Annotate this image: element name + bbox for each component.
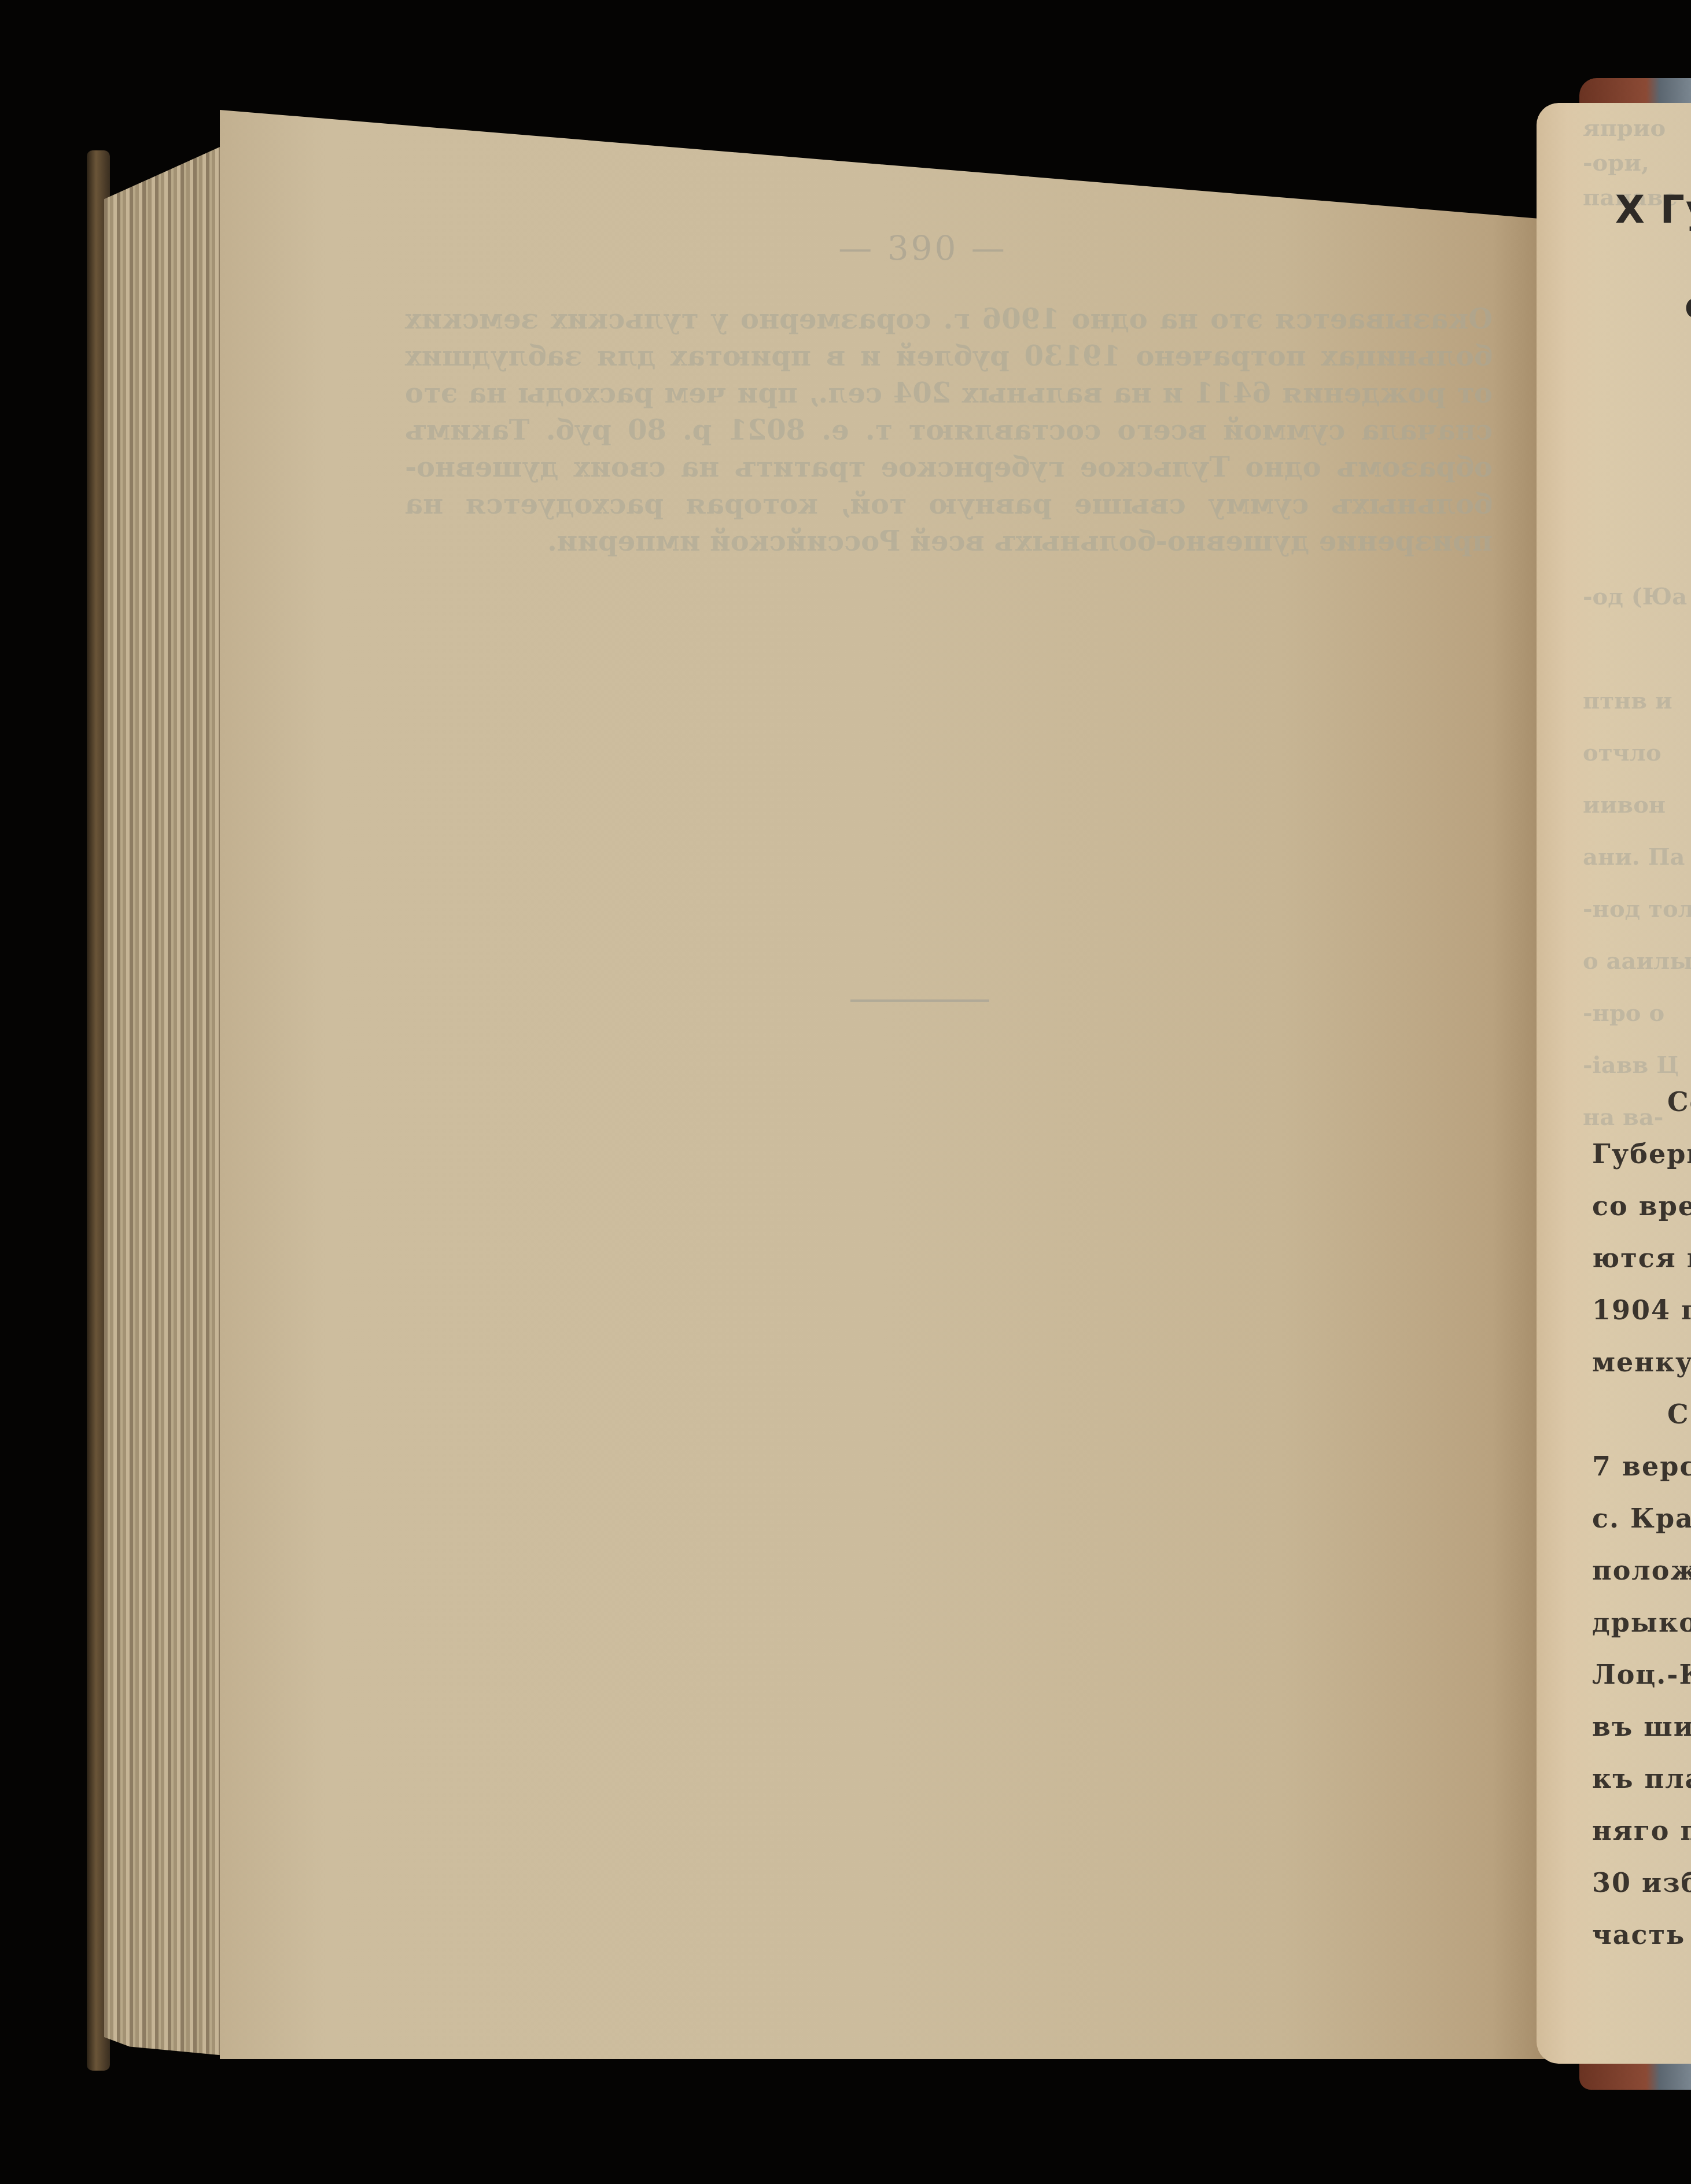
- faint-line: яприо: [1583, 115, 1666, 142]
- section-heading-line-1: Х Губ: [1615, 187, 1691, 232]
- right-page: яприо -ори, паиаве -од (Юа птнв и отчло …: [1537, 103, 1691, 2064]
- body-line: 1904 г: [1592, 1294, 1691, 1326]
- faint-line: отчло: [1583, 739, 1661, 766]
- body-line: ются по: [1592, 1242, 1691, 1274]
- body-line: дрыковн: [1592, 1607, 1691, 1638]
- body-line: няго по: [1592, 1815, 1691, 1846]
- body-line: менку, и: [1592, 1346, 1691, 1378]
- section-heading-line-2: ск: [1685, 286, 1691, 326]
- faint-line: иивон: [1583, 791, 1666, 818]
- body-line: 30 избт: [1592, 1867, 1691, 1898]
- left-page-showthrough-text: Оказывается это на одно 1906 г. соразмер…: [405, 301, 1493, 560]
- body-line: Губерис: [1592, 1138, 1691, 1170]
- body-line: со врем: [1592, 1190, 1691, 1222]
- body-line: 7 верст: [1592, 1451, 1691, 1482]
- body-line: с. Крас: [1592, 1503, 1691, 1534]
- cover-bottom-marbled: [1579, 2061, 1691, 2090]
- faint-line: -іавв Ц: [1583, 1052, 1679, 1079]
- body-line: часть в: [1592, 1919, 1691, 1950]
- cover-top-marbled: [1579, 78, 1691, 105]
- body-line: Се: [1667, 1086, 1691, 1117]
- body-line: С.: [1667, 1399, 1691, 1430]
- body-line: положен: [1592, 1555, 1691, 1586]
- body-line: въ шир: [1592, 1711, 1691, 1742]
- body-line: Лоц.-Ка: [1592, 1659, 1691, 1690]
- faint-line: о ааилы: [1583, 947, 1691, 975]
- faint-line: птнв и: [1583, 687, 1672, 714]
- faint-line: -нро о: [1583, 999, 1664, 1027]
- faint-line: на ва-: [1583, 1104, 1663, 1131]
- faint-line: -од (Юа: [1583, 583, 1687, 610]
- section-divider: [850, 999, 989, 1002]
- body-line: къ плаг: [1592, 1763, 1691, 1794]
- faint-line: ани. Па: [1583, 843, 1685, 870]
- page-stack-edges: [104, 142, 231, 2056]
- faint-line: -нод тол: [1583, 895, 1691, 923]
- left-page-number: — 390 —: [827, 231, 1018, 265]
- faint-line: -ори,: [1583, 149, 1649, 176]
